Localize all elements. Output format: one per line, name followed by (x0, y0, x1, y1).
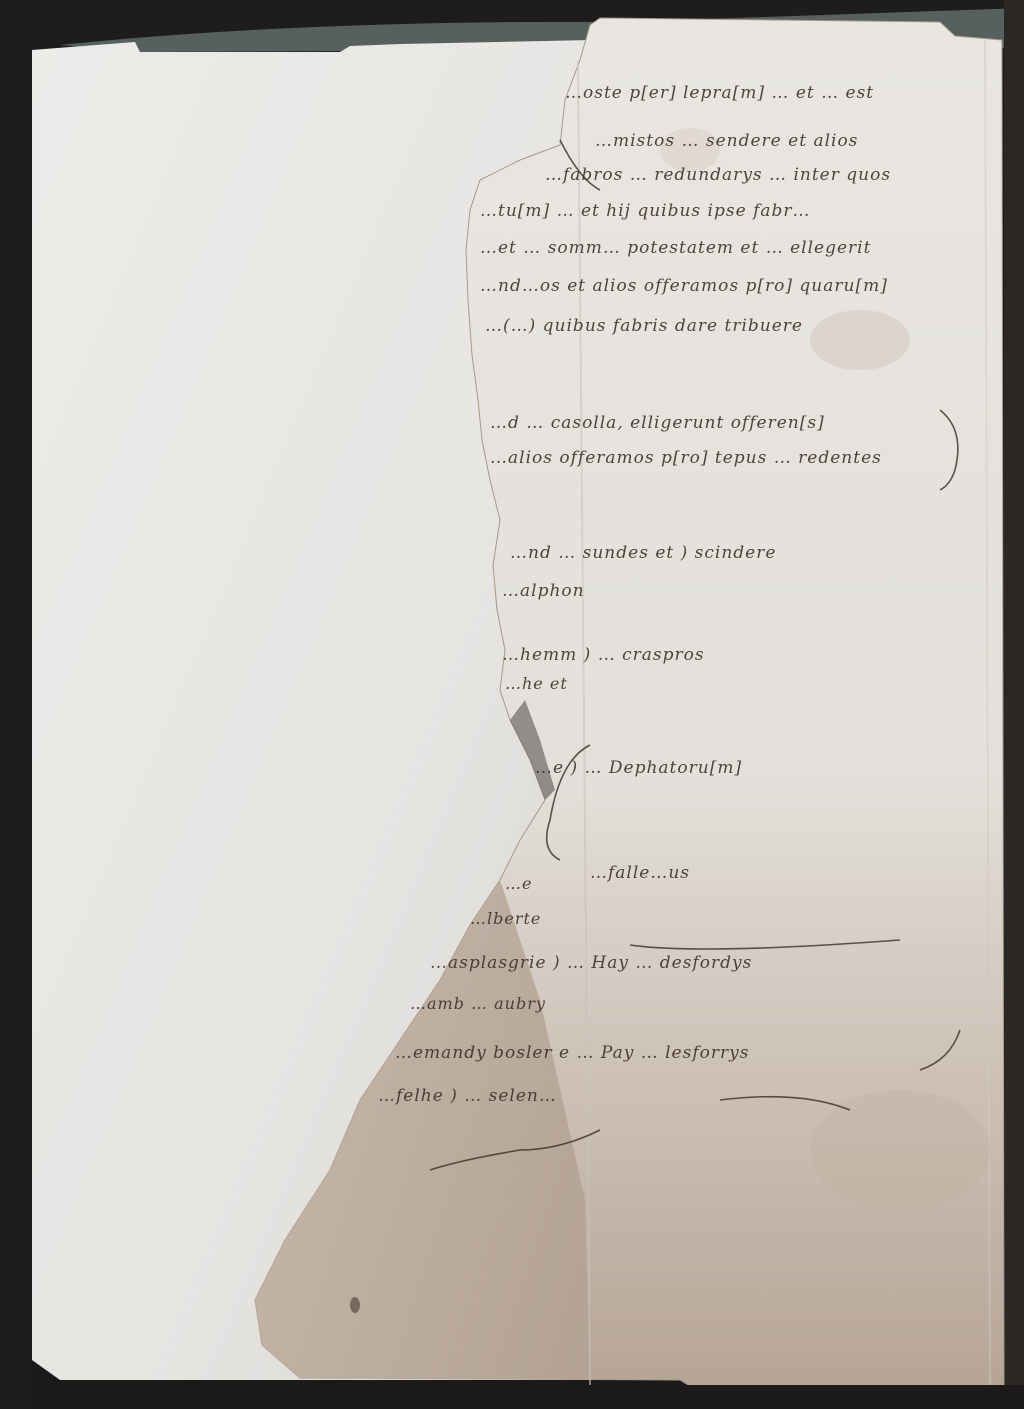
manuscript-line: …oste p[er] lepra[m] … et … est (565, 83, 874, 103)
manuscript-line: …falle…us (590, 863, 690, 883)
manuscript-line: …emandy bosler e … Pay … lesforrys (395, 1043, 749, 1063)
manuscript-line: …alios offeramos p[ro] tepus … redentes (490, 448, 882, 468)
manuscript-line: …mistos … sendere et alios (595, 131, 858, 151)
manuscript-line: …nd…os et alios offeramos p[ro] quaru[m] (480, 276, 888, 296)
manuscript-line: …nd … sundes et ) scindere (510, 543, 776, 563)
manuscript-line: …felhe ) … selen… (378, 1086, 557, 1106)
ink-spot (350, 1297, 360, 1313)
manuscript-line: …hemm ) … craspros (502, 645, 705, 665)
manuscript-line: …amb … aubry (410, 994, 546, 1013)
manuscript-line: …lberte (470, 909, 541, 928)
manuscript-photo: …oste p[er] lepra[m] … et … est…mistos …… (0, 0, 1024, 1409)
manuscript-line: …fabros … redundarys … inter quos (545, 165, 891, 185)
dark-background-bottom (0, 1385, 1024, 1409)
manuscript-line: …e ) … Dephatoru[m] (535, 758, 742, 778)
manuscript-line: …(…) quibus fabris dare tribuere (485, 316, 803, 336)
stain (810, 310, 910, 370)
manuscript-line: …alphon (502, 581, 585, 601)
right-edge (1004, 0, 1024, 1409)
manuscript-line: …asplasgrie ) … Hay … desfordys (430, 953, 752, 973)
manuscript-line: …d … casolla, elligerunt offeren[s] (490, 413, 825, 433)
stain (810, 1090, 990, 1210)
manuscript-line: …e (505, 874, 532, 893)
manuscript-line: …et … somm… potestatem et … ellegerit (480, 238, 871, 258)
manuscript-line: …tu[m] … et hij quibus ipse fabr… (480, 201, 811, 221)
left-edge (0, 0, 32, 1409)
manuscript-line: …he et (505, 674, 568, 693)
